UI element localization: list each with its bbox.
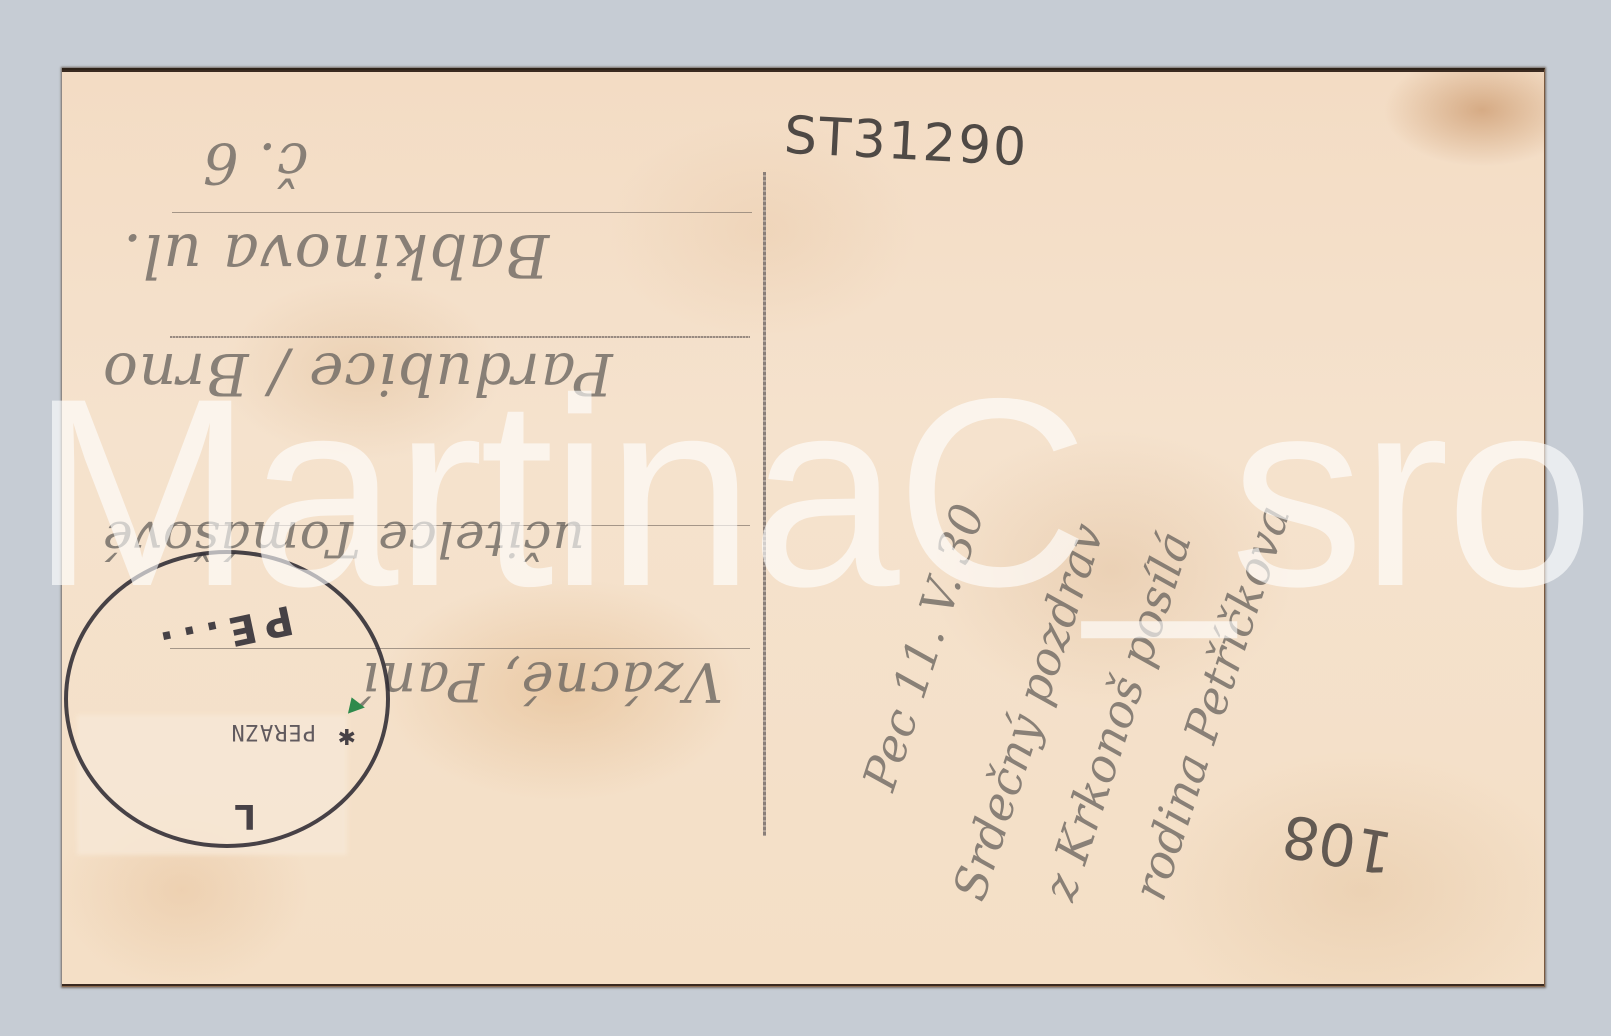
address-line: Pardubice / Brno bbox=[102, 340, 613, 408]
address-rule-2 bbox=[170, 336, 750, 338]
postcard-back: ST31290 č. 6 Babkinova ul. Pardubice / B… bbox=[62, 68, 1545, 987]
postmark-stamp: PE... ✱ PERAZN L bbox=[64, 550, 390, 848]
message-line: Pec 11. V. 30 bbox=[852, 497, 995, 796]
reference-number: ST31290 bbox=[783, 106, 1030, 179]
postmark-center-text: PERAZN bbox=[231, 719, 316, 744]
postmark-bottom-text: L bbox=[234, 796, 256, 836]
star-icon: ✱ bbox=[338, 723, 356, 748]
center-divider-line bbox=[763, 172, 766, 836]
message-block: Pec 11. V. 30 Srdečný pozdrav z Krkonoš … bbox=[822, 190, 1522, 910]
address-line: Vzácné, Paní bbox=[362, 650, 723, 713]
address-line: č. 6 bbox=[202, 130, 309, 195]
address-line: Babkinova ul. bbox=[122, 220, 549, 290]
postmark-rim-text: PE... bbox=[149, 596, 298, 671]
address-rule-1 bbox=[172, 212, 752, 213]
